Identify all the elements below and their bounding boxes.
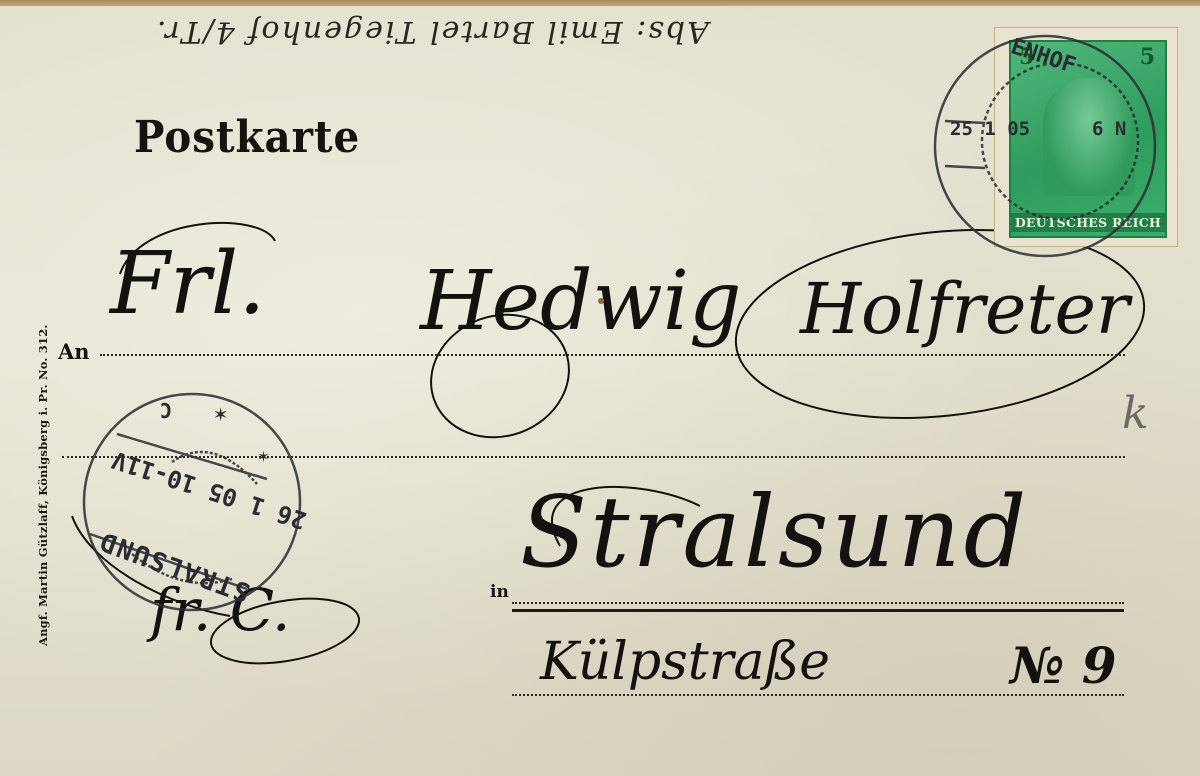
sender-note: Abs: Emil Bartel Tiegenhof 4/Tr. [155,14,709,49]
arrival-postmark-star-icon: ✶ [214,402,227,427]
departure-postmark-date: 25 1 05 [950,118,1030,140]
stamp-value-right: 5 [1140,44,1155,70]
departure-postmark-time: 6 N [1092,118,1126,140]
label-in: in [490,582,509,602]
arrival-postmark-star-icon: ✶ [258,446,269,467]
postcard-heading: Postkarte [134,112,360,163]
address-line-1 [100,354,1125,356]
recipient-street: Külpstraße [540,632,830,692]
address-line-2 [62,456,1125,458]
foxing-spot [598,298,604,304]
pencil-mark: k [1122,388,1149,439]
recipient-last-name: Holfreter [800,268,1129,350]
recipient-city: Stralsund [520,476,1029,590]
postcard: Abs: Emil Bartel Tiegenhof 4/Tr. Postkar… [0,6,1200,776]
printer-imprint: Angf. Martin Gützlaff, Königsberg i. Pr.… [36,324,50,646]
stamp-country: DEUTSCHES REICH [1011,213,1165,232]
address-line-city [512,602,1124,604]
label-to: An [58,339,90,364]
recipient-house-number: № 9 [1010,636,1117,695]
arrival-postmark-code: C [160,398,172,422]
arrival-postmark-date-value: 26 1 05 [205,477,310,535]
recipient-title: Frl. [110,234,266,334]
city-underline [512,609,1124,612]
arrival-postmark-time: 10-11V [109,445,200,498]
arrival-postmark-date: 26 1 05 10-11V [109,445,310,534]
stamp-design: 5 5 DEUTSCHES REICH [1009,40,1167,238]
recipient-first-name: Hedwig [420,254,741,349]
